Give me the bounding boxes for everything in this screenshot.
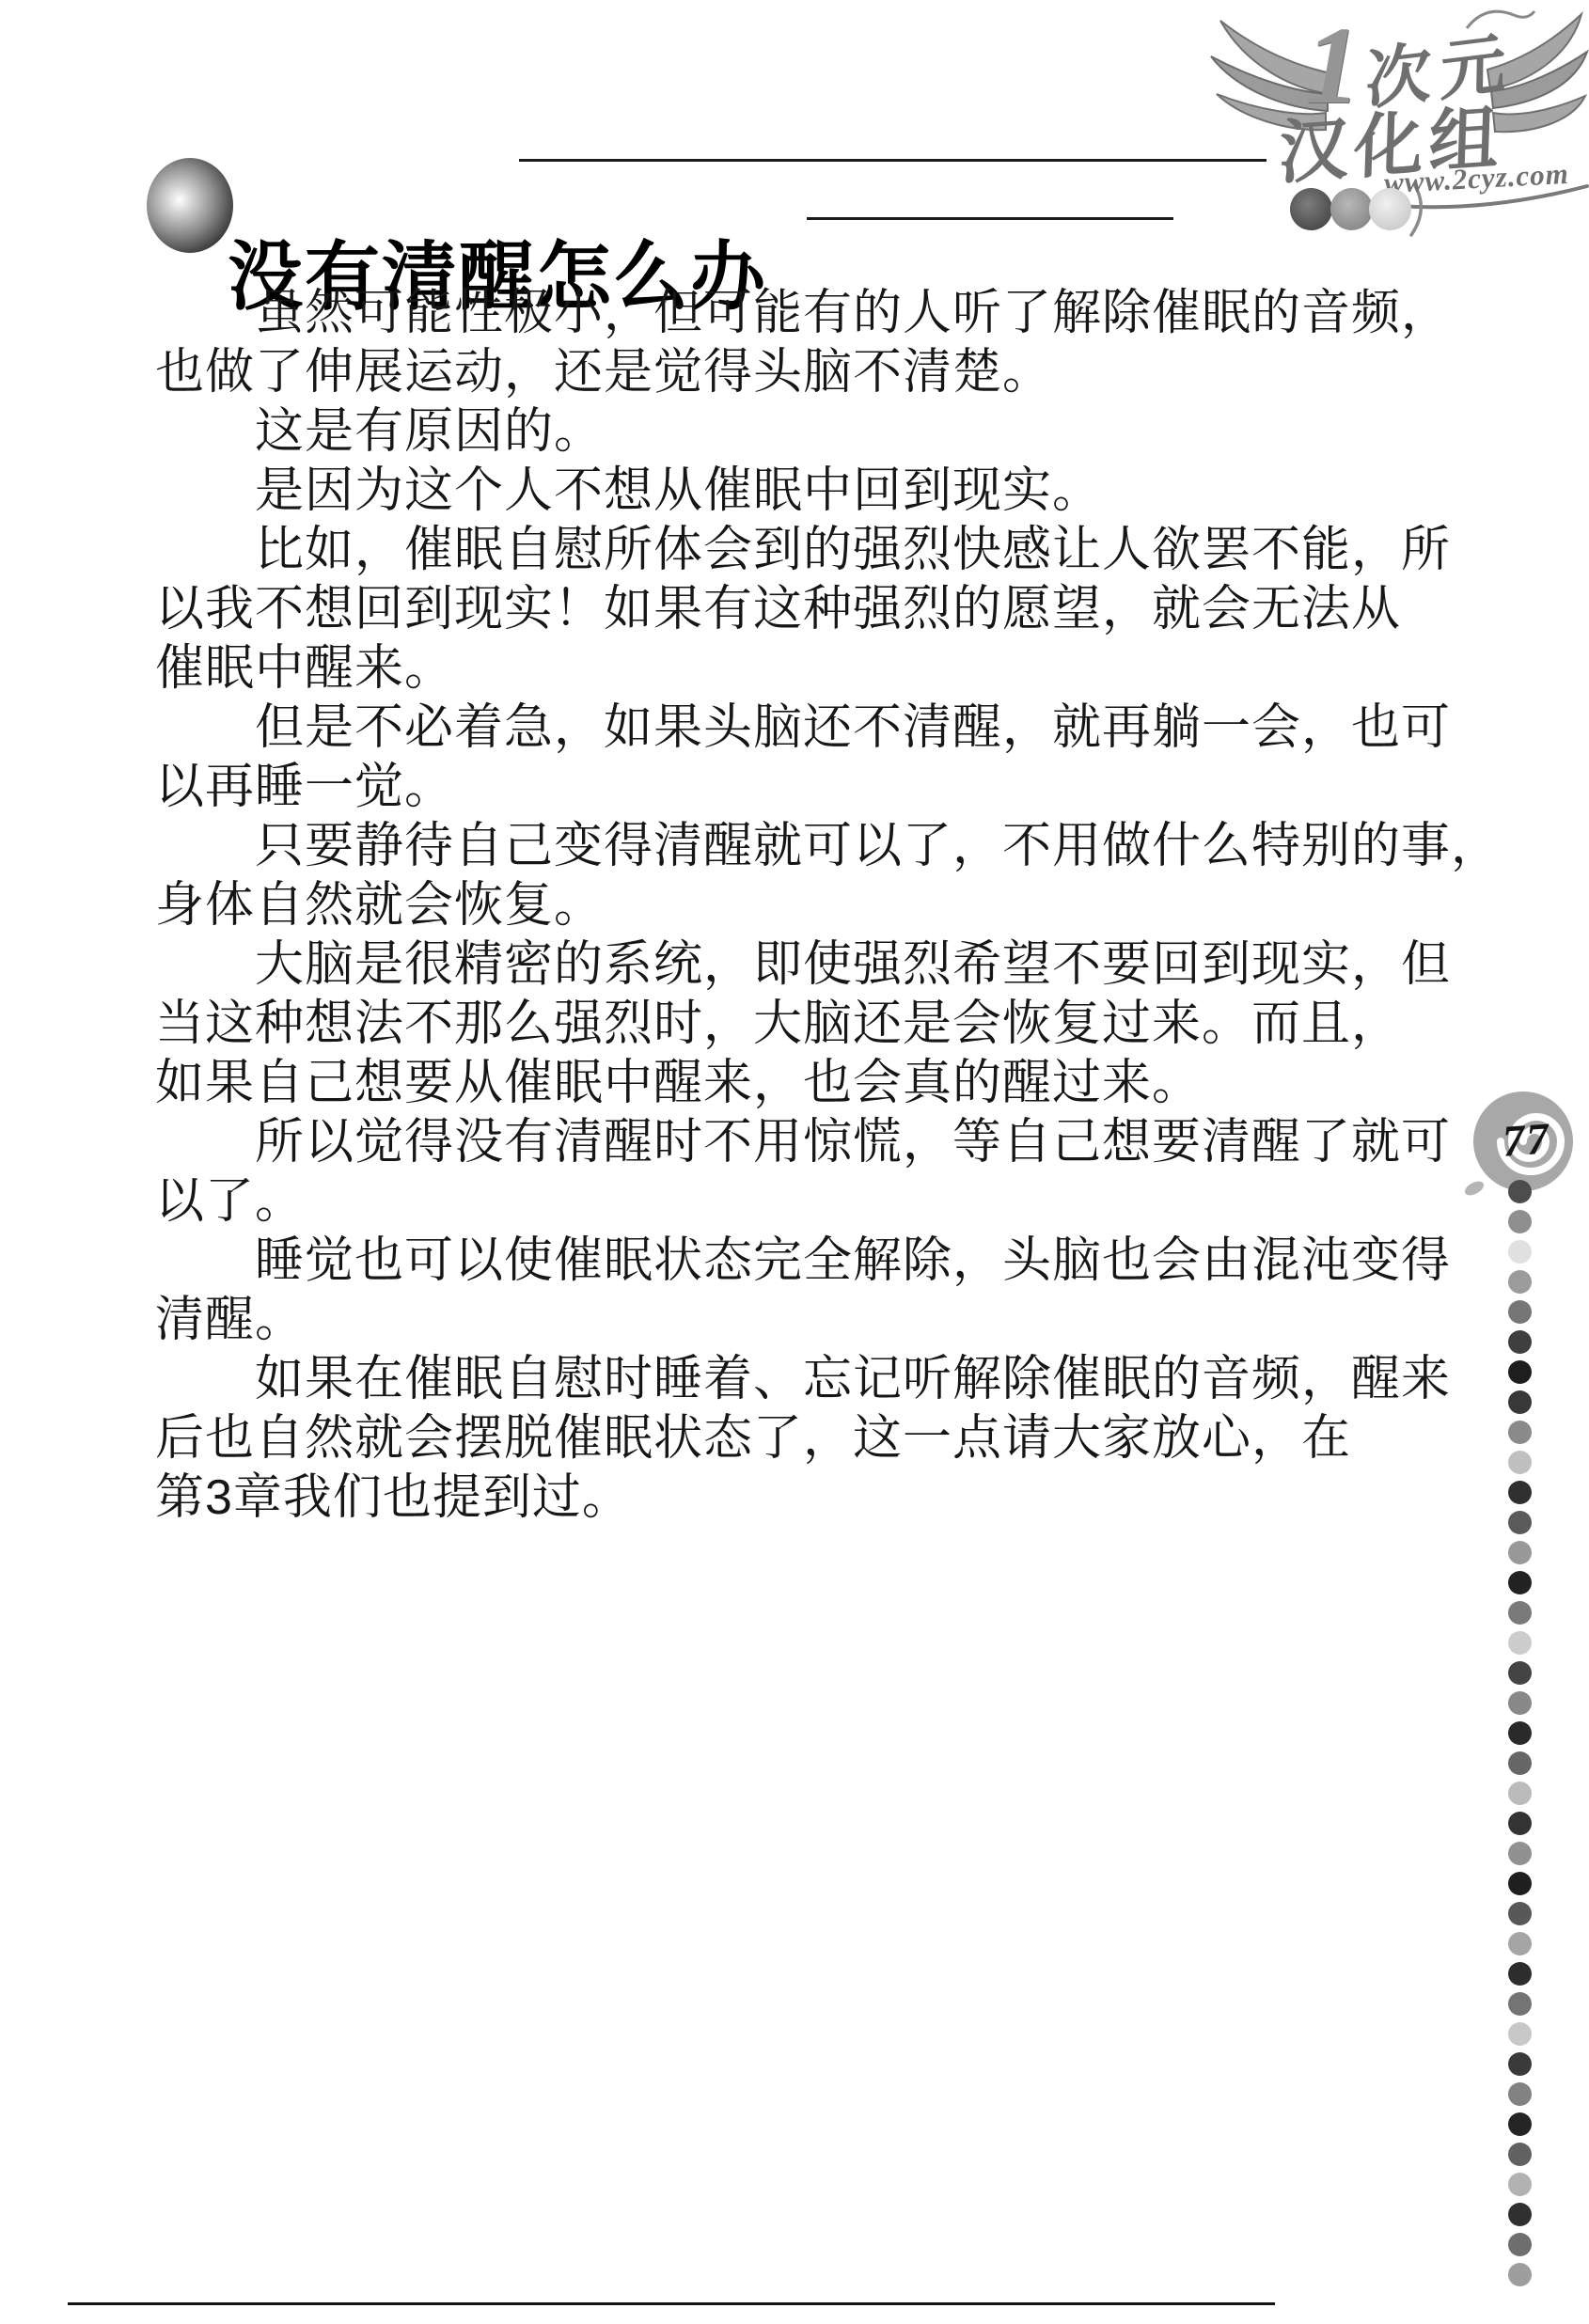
- rail-dot-icon: [1508, 1270, 1532, 1294]
- footer-rule: [68, 2302, 1275, 2305]
- rail-dot-icon: [1508, 2143, 1532, 2166]
- header-rule-top: [519, 159, 1266, 162]
- header-rule-under: [807, 217, 1173, 220]
- page-number: 77: [1501, 1113, 1552, 1167]
- rail-dot-icon: [1508, 1902, 1532, 1925]
- body-text: 虽然可能性极小，但可能有的人听了解除催眠的音频， 也做了伸展运动，还是觉得头脑不…: [155, 284, 1509, 1528]
- rail-dot-icon: [1508, 1691, 1532, 1715]
- rail-dot-icon: [1508, 2052, 1532, 2076]
- rail-dot-icon: [1508, 1601, 1532, 1625]
- rail-dot-icon: [1508, 1631, 1532, 1655]
- rail-dot-icon: [1508, 1751, 1532, 1775]
- rail-dot-icon: [1508, 1812, 1532, 1835]
- rail-dot-icon: [1508, 1872, 1532, 1895]
- rail-dot-icon: [1508, 2263, 1532, 2286]
- rail-dot-icon: [1508, 2173, 1532, 2196]
- rail-dot-icon: [1508, 1390, 1532, 1414]
- watermark-logo: 1 次元 汉化组 www.2cyz.com: [1204, 0, 1589, 249]
- rail-dot-icon: [1508, 1240, 1532, 1264]
- paragraph: 如果在催眠自慰时睡着、忘记听解除催眠的音频，醒来 后也自然就会摆脱催眠状态了，这…: [155, 1350, 1509, 1528]
- logo-circle-light-icon: [1369, 188, 1411, 230]
- rail-dot-icon: [1508, 1360, 1532, 1384]
- rail-dot-icon: [1508, 1481, 1532, 1504]
- rail-dot-icon: [1508, 1782, 1532, 1805]
- paragraph: 是因为这个人不想从催眠中回到现实。: [155, 462, 1509, 521]
- rail-dot-icon: [1508, 2203, 1532, 2226]
- rail-dot-icon: [1508, 1962, 1532, 1986]
- paragraph: 虽然可能性极小，但可能有的人听了解除催眠的音频， 也做了伸展运动，还是觉得头脑不…: [155, 284, 1509, 402]
- rail-dot-icon: [1508, 1661, 1532, 1685]
- rail-dot-icon: [1508, 1571, 1532, 1594]
- rail-dot-icon: [1508, 1842, 1532, 1865]
- rail-dot-icon: [1508, 1541, 1532, 1564]
- rail-dot-icon: [1508, 1300, 1532, 1324]
- paragraph: 睡觉也可以使催眠状态完全解除，头脑也会由混沌变得 清醒。: [155, 1232, 1509, 1350]
- rail-dot-icon: [1508, 1180, 1532, 1203]
- rail-dot-icon: [1508, 2233, 1532, 2256]
- paragraph: 比如，催眠自慰所体会到的强烈快感让人欲罢不能，所 以我不想回到现实！如果有这种强…: [155, 521, 1509, 699]
- logo-circle-mid-icon: [1330, 188, 1373, 230]
- rail-dot-icon: [1508, 1721, 1532, 1745]
- paragraph: 大脑是很精密的系统，即使强烈希望不要回到现实，但 当这种想法不那么强烈时，大脑还…: [155, 935, 1509, 1113]
- rail-dot-icon: [1508, 2022, 1532, 2046]
- rail-dot-icon: [1508, 1992, 1532, 2016]
- rail-dot-icon: [1508, 2082, 1532, 2106]
- book-page: 没有清醒怎么办 1 次元 汉化组 www.2cyz.com 虽然可能性极小: [0, 0, 1589, 2324]
- rail-dot-icon: [1508, 1511, 1532, 1534]
- rail-dot-icon: [1508, 1330, 1532, 1354]
- paragraph: 所以觉得没有清醒时不用惊慌，等自己想要清醒了就可 以了。: [155, 1113, 1509, 1232]
- logo-circle-dark-icon: [1290, 188, 1332, 230]
- rail-dot-icon: [1508, 2112, 1532, 2136]
- rail-dot-icon: [1508, 1210, 1532, 1233]
- rail-dot-icon: [1508, 1451, 1532, 1474]
- rail-dot-icon: [1508, 1932, 1532, 1955]
- section-bullet-sphere-icon: [147, 158, 233, 253]
- dot-column: [1508, 1180, 1533, 2293]
- paragraph: 这是有原因的。: [155, 402, 1509, 462]
- rail-dot-icon: [1508, 1421, 1532, 1444]
- paragraph: 但是不必着急，如果头脑还不清醒，就再躺一会，也可 以再睡一觉。: [155, 699, 1509, 817]
- paragraph: 只要静待自己变得清醒就可以了，不用做什么特别的事， 身体自然就会恢复。: [155, 817, 1509, 935]
